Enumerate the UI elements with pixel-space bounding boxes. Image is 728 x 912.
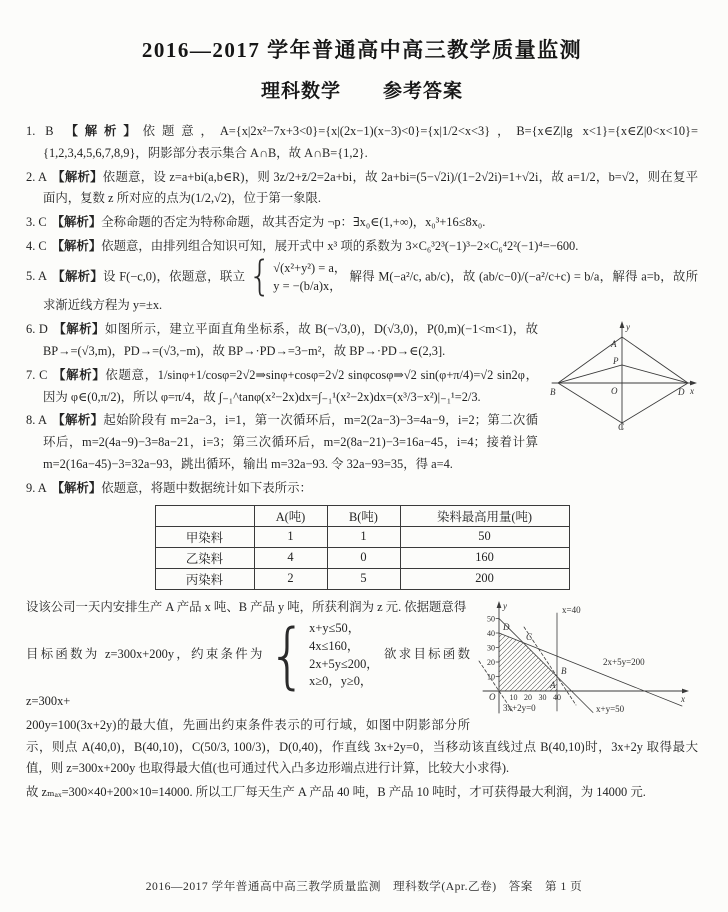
analysis-tag: 【解析】	[52, 239, 102, 253]
table-header-cell: A(吨)	[254, 505, 327, 526]
table-header-cell: 染料最高用量(吨)	[400, 505, 569, 526]
solution-text: 依题意，由排列组合知识可知，展开式中 x³ 项的系数为 3×C₆³2³(−1)³…	[101, 239, 578, 253]
y-axis-arrow-icon	[497, 601, 502, 608]
subject-label: 理科数学	[261, 81, 341, 102]
answer-label: 8. A	[26, 413, 47, 427]
solution-text: 200y=100(3x+2y)的最大值，先画出约束条件表示的可行域，如图中阴影部…	[26, 718, 698, 776]
label-x-plus-y-50: x+y=50	[596, 704, 625, 714]
segment-BPD	[558, 365, 688, 383]
vertex-b-label: B	[550, 387, 556, 397]
point-b-label: B	[561, 666, 567, 676]
origin-label: O	[489, 692, 496, 702]
x-tick-label: 30	[539, 693, 547, 702]
answer-label: 3. C	[26, 215, 47, 229]
linear-programming-figure: 50 40 30 20 10 10 20 30 40 y x O x=40 2x…	[476, 599, 698, 717]
x-axis-label: x	[680, 694, 685, 704]
solutions-6-7-block: y x A B C D P O 6. D【解析】如图所示，建立平面直角坐标系，故…	[26, 319, 698, 408]
answer-label: 5. A	[26, 269, 47, 283]
solution-text: 目标函数为 z=300x+200y，约束条件为	[26, 648, 265, 662]
analysis-tag: 【解析】	[52, 215, 102, 229]
maximization-paragraph: 200y=100(3x+2y)的最大值，先画出约束条件表示的可行域，如图中阴影部…	[26, 715, 698, 780]
y-tick-label: 30	[487, 643, 495, 652]
equation-system: {√(x²+y²) = a，y = −(b/a)x，	[248, 260, 346, 295]
page-subtitle: 理科数学参考答案	[26, 76, 698, 103]
analysis-tag: 【解析】	[52, 368, 105, 382]
constraint-line: 2x+5y≤200，	[309, 656, 379, 674]
x-tick-label: 10	[510, 693, 518, 702]
table-cell: 2	[254, 568, 327, 589]
brace-glyph: {	[268, 624, 307, 688]
solution-text: 依题意，将题中数据统计如下表所示：	[101, 481, 312, 495]
x-tick-label: 40	[553, 693, 561, 702]
table-cell: 200	[400, 568, 569, 589]
vertex-a-label: A	[610, 339, 617, 349]
origin-label: O	[611, 386, 618, 396]
answer-label: 4. C	[26, 239, 47, 253]
point-p-label: P	[612, 356, 619, 366]
answer-label: 6. D	[26, 322, 48, 336]
analysis-tag: 【解析】	[53, 322, 105, 336]
constraint-line: x+y≤50，	[309, 620, 379, 638]
y-axis-label: y	[502, 601, 507, 611]
label-3x-2y-0: 3x+2y=0	[503, 703, 536, 713]
point-c-label: C	[526, 632, 533, 642]
solution-text: 依题意，设 z=a+bi(a,b∈R)，则 3z/2+z̄/2=2a+bi，故 …	[43, 170, 698, 206]
answer-sheet-page: 2016—2017 学年普通高中高三教学质量监测 理科数学参考答案 1. B【解…	[0, 0, 728, 912]
vertex-c-label: C	[618, 422, 625, 431]
solution-text: 故 zₘₐₓ=300×40+200×10=14000. 所以工厂每天生产 A 产…	[26, 785, 646, 799]
page-footer: 2016—2017 学年普通高中高三教学质量监测 理科数学(Apr.乙卷) 答案…	[0, 878, 728, 894]
table-cell: 乙染料	[155, 547, 254, 568]
table-header-cell: B(吨)	[327, 505, 400, 526]
analysis-tag: 【解析】	[59, 124, 143, 138]
brace-glyph: {	[248, 259, 271, 296]
label-x-equals-40: x=40	[562, 605, 581, 615]
conclusion-paragraph: 故 zₘₐₓ=300×40+200×10=14000. 所以工厂每天生产 A 产…	[26, 782, 698, 804]
table-header-cell	[155, 505, 254, 526]
solution-item-1: 1. B【解析】依题意，A={x|2x²−7x+3<0}={x|(2x−1)(x…	[26, 121, 698, 165]
label-2x-5y-200: 2x+5y=200	[603, 657, 645, 667]
x-axis-arrow-icon	[682, 688, 689, 693]
y-axis-arrow-icon	[620, 321, 625, 328]
solution-item-9: 9. A【解析】依题意，将题中数据统计如下表所示：	[26, 478, 698, 500]
y-tick-label: 10	[487, 672, 495, 681]
table-row: 甲染料 1 1 50	[155, 526, 569, 547]
table-cell: 甲染料	[155, 526, 254, 547]
table-cell: 4	[254, 547, 327, 568]
analysis-tag: 【解析】	[52, 269, 103, 283]
rhombus-outline	[558, 337, 688, 423]
constraint-system: {x+y≤50，4x≤160，2x+5y≤200，x≥0，y≥0，	[268, 620, 379, 690]
x-axis-label: x	[689, 386, 694, 396]
solution-text: 设该公司一天内安排生产 A 产品 x 吨、B 产品 y 吨，所获利润为 z 元.…	[26, 600, 466, 614]
answers-label: 参考答案	[383, 81, 463, 102]
constraint-line: 4x≤160，	[309, 638, 379, 656]
solution-text: 全称命题的否定为特称命题，故其否定为 ¬p：∃x₀∈(1,+∞)，x₀³+16≤…	[101, 215, 485, 229]
y-tick-label: 50	[487, 614, 495, 623]
y-tick-label: 40	[487, 629, 495, 638]
x-axis-arrow-icon	[690, 381, 697, 386]
rhombus-coordinate-figure: y x A B C D P O	[548, 319, 698, 431]
y-tick-label: 20	[487, 658, 495, 667]
answer-label: 7. C	[26, 368, 47, 382]
answer-label: 2. A	[26, 170, 47, 184]
table-cell: 1	[327, 526, 400, 547]
answer-label: 9. A	[26, 481, 47, 495]
system-line: √(x²+y²) = a，	[273, 260, 346, 278]
solution-item-2: 2. A【解析】依题意，设 z=a+bi(a,b∈R)，则 3z/2+z̄/2=…	[26, 167, 698, 211]
analysis-tag: 【解析】	[52, 170, 103, 184]
table-cell: 1	[254, 526, 327, 547]
constraint-line: x≥0，y≥0，	[309, 673, 379, 691]
solution-item-5: 5. A【解析】设 F(−c,0)，依题意，联立{√(x²+y²) = a，y …	[26, 260, 698, 317]
table-header-row: A(吨) B(吨) 染料最高用量(吨)	[155, 505, 569, 526]
table-cell: 丙染料	[155, 568, 254, 589]
table-cell: 0	[327, 547, 400, 568]
page-title: 2016—2017 学年普通高中高三教学质量监测	[26, 34, 698, 64]
vertex-d-label: D	[677, 387, 685, 397]
analysis-tag: 【解析】	[52, 481, 102, 495]
table-row: 丙染料 2 5 200	[155, 568, 569, 589]
point-d-label: D	[502, 622, 510, 632]
solution-text: 设 F(−c,0)，依题意，联立	[103, 269, 245, 283]
linear-programming-block: 50 40 30 20 10 10 20 30 40 y x O x=40 2x…	[26, 597, 698, 804]
table-cell: 5	[327, 568, 400, 589]
analysis-tag: 【解析】	[52, 413, 103, 427]
point-a-label: A	[549, 680, 556, 690]
solution-text: 依题意，1/sinφ+1/cosφ=2√2⇒sinφ+cosφ=2√2 sinφ…	[43, 368, 538, 404]
solution-text: 起始阶段有 m=2a−3，i=1，第一次循环后，m=2(2a−3)−3=4a−9…	[43, 413, 538, 471]
solution-item-4: 4. C【解析】依题意，由排列组合知识可知，展开式中 x³ 项的系数为 3×C₆…	[26, 236, 698, 258]
solution-item-3: 3. C【解析】全称命题的否定为特称命题，故其否定为 ¬p：∃x₀∈(1,+∞)…	[26, 212, 698, 234]
x-tick-label: 20	[524, 693, 532, 702]
system-line: y = −(b/a)x，	[273, 278, 346, 296]
dye-data-table: A(吨) B(吨) 染料最高用量(吨) 甲染料 1 1 50 乙染料 4 0 1…	[155, 505, 570, 590]
y-axis-label: y	[625, 322, 630, 332]
table-row: 乙染料 4 0 160	[155, 547, 569, 568]
table-cell: 160	[400, 547, 569, 568]
answer-label: 1. B	[26, 124, 54, 138]
table-cell: 50	[400, 526, 569, 547]
solution-text: 如图所示，建立平面直角坐标系，故 B(−√3,0)，D(√3,0)，P(0,m)…	[43, 322, 538, 358]
